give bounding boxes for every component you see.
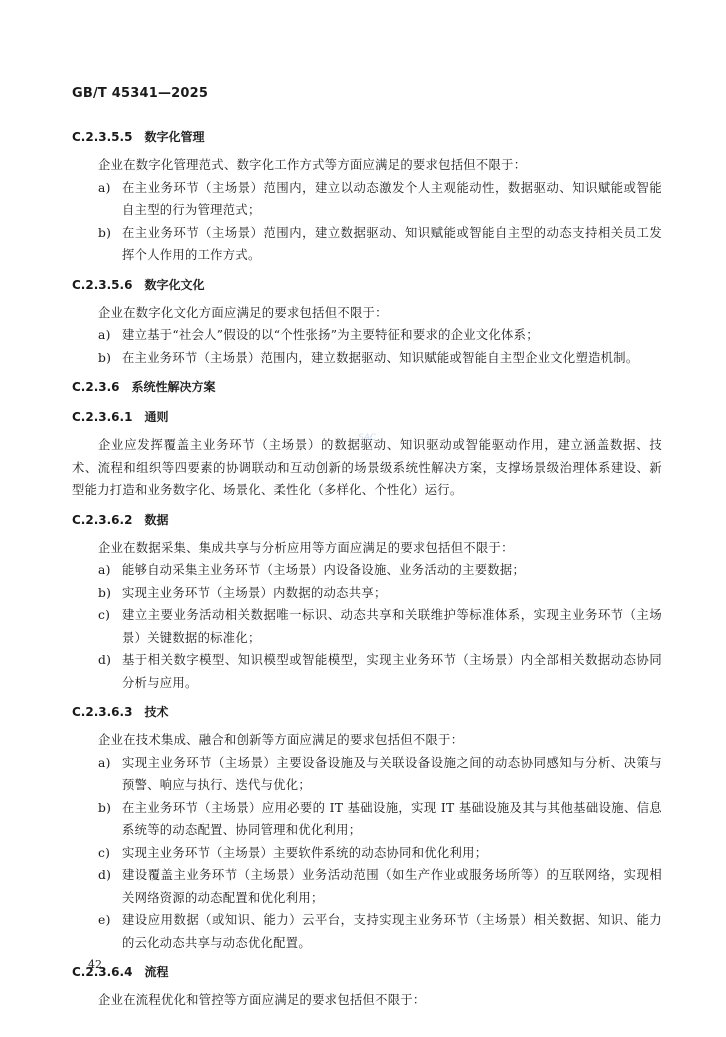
section-title: 技术 (144, 705, 168, 719)
section-heading: C.2.3.6.4流程 (72, 963, 662, 981)
list-text: 建立主要业务活动相关数据唯一标识、动态共享和关联维护等标准体系，实现主业务环节（… (122, 604, 662, 649)
section-number: C.2.3.6 (72, 378, 120, 396)
section-number: C.2.3.6.3 (72, 703, 132, 721)
list-marker: c) (98, 842, 122, 865)
section-heading: C.2.3.5.5数字化管理 (72, 128, 662, 146)
page-number: 42 (88, 958, 102, 971)
list-text: 能够自动采集主业务环节（主场景）内设备设施、业务活动的主要数据； (122, 559, 662, 582)
section-intro: 企业在数字化文化方面应满足的要求包括但不限于： (72, 302, 662, 325)
list-text: 在主业务环节（主场景）范围内，建立以动态激发个人主观能动性，数据驱动、知识赋能或… (122, 177, 662, 222)
list-marker: d) (98, 649, 122, 694)
list-item: a)建立基于“社会人”假设的以“个性张扬”为主要特征和要求的企业文化体系； (98, 324, 662, 347)
section-title: 数据 (144, 513, 168, 527)
list-marker: a) (98, 559, 122, 582)
list-marker: e) (98, 909, 122, 954)
list-marker: a) (98, 177, 122, 222)
list-marker: b) (98, 222, 122, 267)
list-item: d)基于相关数字模型、知识模型或智能模型，实现主业务环节（主场景）内全部相关数据… (98, 649, 662, 694)
section-number: C.2.3.6.1 (72, 408, 132, 426)
list-text: 在主业务环节（主场景）应用必要的 IT 基础设施，实现 IT 基础设施及其与其他… (122, 797, 662, 842)
section-number: C.2.3.5.6 (72, 276, 132, 294)
list-text: 在主业务环节（主场景）范围内，建立数据驱动、知识赋能或智能自主型企业文化塑造机制… (122, 347, 662, 370)
section-heading: C.2.3.6.3技术 (72, 703, 662, 721)
document-page: GB/T 45341—2025 SAC C.2.3.5.5数字化管理 企业在数字… (0, 0, 726, 1037)
list-marker: b) (98, 582, 122, 605)
list-text: 建立基于“社会人”假设的以“个性张扬”为主要特征和要求的企业文化体系； (122, 324, 662, 347)
section-intro: 企业在数字化管理范式、数字化工作方式等方面应满足的要求包括但不限于： (72, 154, 662, 177)
list-item: b)实现主业务环节（主场景）内数据的动态共享； (98, 582, 662, 605)
section-paragraph: 企业应发挥覆盖主业务环节（主场景）的数据驱动、知识驱动或智能驱动作用，建立涵盖数… (72, 434, 662, 502)
list-item: b)在主业务环节（主场景）应用必要的 IT 基础设施，实现 IT 基础设施及其与… (98, 797, 662, 842)
list-text: 建设应用数据（或知识、能力）云平台，支持实现主业务环节（主场景）相关数据、知识、… (122, 909, 662, 954)
section-title: 通则 (144, 410, 168, 424)
list-text: 实现主业务环节（主场景）主要设备设施及与关联设备设施之间的动态协同感知与分析、决… (122, 752, 662, 797)
list-text: 建设覆盖主业务环节（主场景）业务活动范围（如生产作业或服务场所等）的互联网络，实… (122, 864, 662, 909)
section-intro: 企业在技术集成、融合和创新等方面应满足的要求包括但不限于： (72, 729, 662, 752)
section-title: 流程 (144, 965, 168, 979)
section-heading: C.2.3.5.6数字化文化 (72, 276, 662, 294)
section-number: C.2.3.6.4 (72, 963, 132, 981)
list-text: 基于相关数字模型、知识模型或智能模型，实现主业务环节（主场景）内全部相关数据动态… (122, 649, 662, 694)
document-body: C.2.3.5.5数字化管理 企业在数字化管理范式、数字化工作方式等方面应满足的… (72, 128, 662, 1012)
standard-number: GB/T 45341—2025 (72, 86, 208, 101)
list-marker: c) (98, 604, 122, 649)
list-marker: a) (98, 752, 122, 797)
list-marker: d) (98, 864, 122, 909)
list-item: b)在主业务环节（主场景）范围内，建立数据驱动、知识赋能或智能自主型企业文化塑造… (98, 347, 662, 370)
list-item: a)在主业务环节（主场景）范围内，建立以动态激发个人主观能动性，数据驱动、知识赋… (98, 177, 662, 222)
section-title: 数字化文化 (144, 278, 204, 292)
list-marker: b) (98, 347, 122, 370)
list-item: a)能够自动采集主业务环节（主场景）内设备设施、业务活动的主要数据； (98, 559, 662, 582)
section-heading: C.2.3.6.2数据 (72, 511, 662, 529)
list-item: e)建设应用数据（或知识、能力）云平台，支持实现主业务环节（主场景）相关数据、知… (98, 909, 662, 954)
list-marker: a) (98, 324, 122, 347)
section-title: 系统性解决方案 (132, 380, 216, 394)
list-text: 在主业务环节（主场景）范围内，建立数据驱动、知识赋能或智能自主型的动态支持相关员… (122, 222, 662, 267)
list-text: 实现主业务环节（主场景）内数据的动态共享； (122, 582, 662, 605)
section-intro: 企业在数据采集、集成共享与分析应用等方面应满足的要求包括但不限于： (72, 537, 662, 560)
section-title: 数字化管理 (144, 130, 204, 144)
list-item: b)在主业务环节（主场景）范围内，建立数据驱动、知识赋能或智能自主型的动态支持相… (98, 222, 662, 267)
list-item: c)建立主要业务活动相关数据唯一标识、动态共享和关联维护等标准体系，实现主业务环… (98, 604, 662, 649)
list-marker: b) (98, 797, 122, 842)
section-heading: C.2.3.6系统性解决方案 (72, 378, 662, 396)
list-text: 实现主业务环节（主场景）主要软件系统的动态协同和优化利用； (122, 842, 662, 865)
list-item: c)实现主业务环节（主场景）主要软件系统的动态协同和优化利用； (98, 842, 662, 865)
list-item: d)建设覆盖主业务环节（主场景）业务活动范围（如生产作业或服务场所等）的互联网络… (98, 864, 662, 909)
section-heading: C.2.3.6.1通则 (72, 408, 662, 426)
section-number: C.2.3.6.2 (72, 511, 132, 529)
section-intro: 企业在流程优化和管控等方面应满足的要求包括但不限于： (72, 989, 662, 1012)
section-number: C.2.3.5.5 (72, 128, 132, 146)
list-item: a)实现主业务环节（主场景）主要设备设施及与关联设备设施之间的动态协同感知与分析… (98, 752, 662, 797)
